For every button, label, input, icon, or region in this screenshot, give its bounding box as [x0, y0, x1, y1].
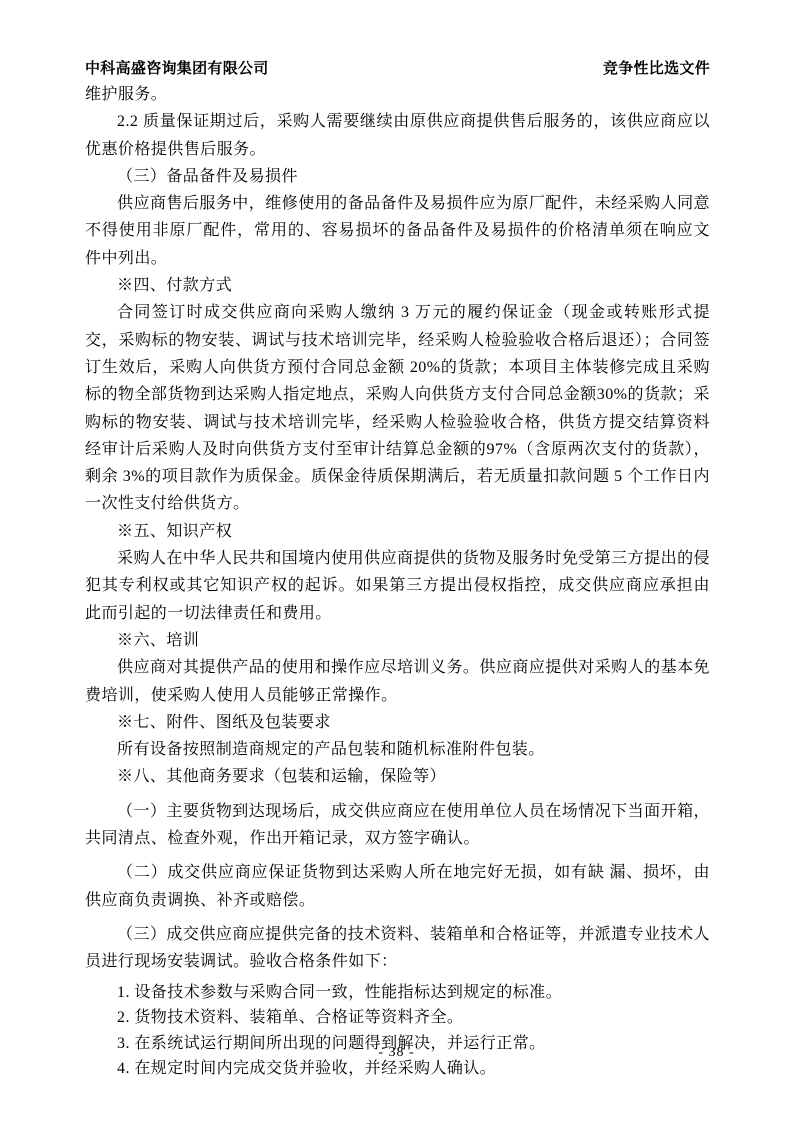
document-body: 维护服务。2.2 质量保证期过后，采购人需要继续由原供应商提供售后服务的，该供应…: [85, 81, 710, 1082]
header-company: 中科高盛咨询集团有限公司: [85, 58, 269, 78]
paragraph: 供应商对其提供产品的使用和操作应尽培训义务。供应商应提供对采购人的基本免费培训，…: [85, 654, 710, 709]
paragraph: 合同签订时成交供应商向采购人缴纳 3 万元的履约保证金（现金或转账形式提交，采购…: [85, 299, 710, 517]
page-footer: - 38 -: [0, 1045, 793, 1061]
page-header: 中科高盛咨询集团有限公司 竞争性比选文件: [85, 58, 710, 78]
paragraph: 所有设备按照制造商规定的产品包装和随机标准附件包装。: [85, 736, 710, 763]
header-doc-type: 竞争性比选文件: [603, 58, 710, 78]
list-item: 2. 货物技术资料、装箱单、合格证等资料齐全。: [85, 1005, 710, 1031]
paragraph: 供应商售后服务中，维修使用的备品备件及易损件应为原厂配件，未经采购人同意不得使用…: [85, 190, 710, 272]
document-page: 中科高盛咨询集团有限公司 竞争性比选文件 维护服务。2.2 质量保证期过后，采购…: [0, 0, 793, 1122]
section-heading: ※八、其他商务要求（包装和运输，保险等）: [85, 763, 710, 790]
section-heading: ※五、知识产权: [85, 518, 710, 545]
section-heading: ※六、培训: [85, 627, 710, 654]
paragraph: 2.2 质量保证期过后，采购人需要继续由原供应商提供售后服务的，该供应商应以优惠…: [85, 108, 710, 163]
paragraph: （二）成交供应商应保证货物到达采购人所在地完好无损，如有缺 漏、损坏，由供应商负…: [85, 859, 710, 914]
page-number: - 38 -: [378, 1045, 414, 1060]
section-heading: （三）备品备件及易损件: [85, 163, 710, 190]
section-heading: ※四、付款方式: [85, 272, 710, 299]
paragraph: （一）主要货物到达现场后，成交供应商应在使用单位人员在场情况下当面开箱，共同清点…: [85, 798, 710, 853]
list-item: 1. 设备技术参数与采购合同一致，性能指标达到规定的标准。: [85, 980, 710, 1006]
paragraph: 采购人在中华人民共和国境内使用供应商提供的货物及服务时免受第三方提出的侵犯其专利…: [85, 545, 710, 627]
section-heading: ※七、附件、图纸及包装要求: [85, 709, 710, 736]
paragraph: 维护服务。: [85, 81, 710, 108]
paragraph: （三）成交供应商应提供完备的技术资料、装箱单和合格证等，并派遣专业技术人员进行现…: [85, 921, 710, 976]
